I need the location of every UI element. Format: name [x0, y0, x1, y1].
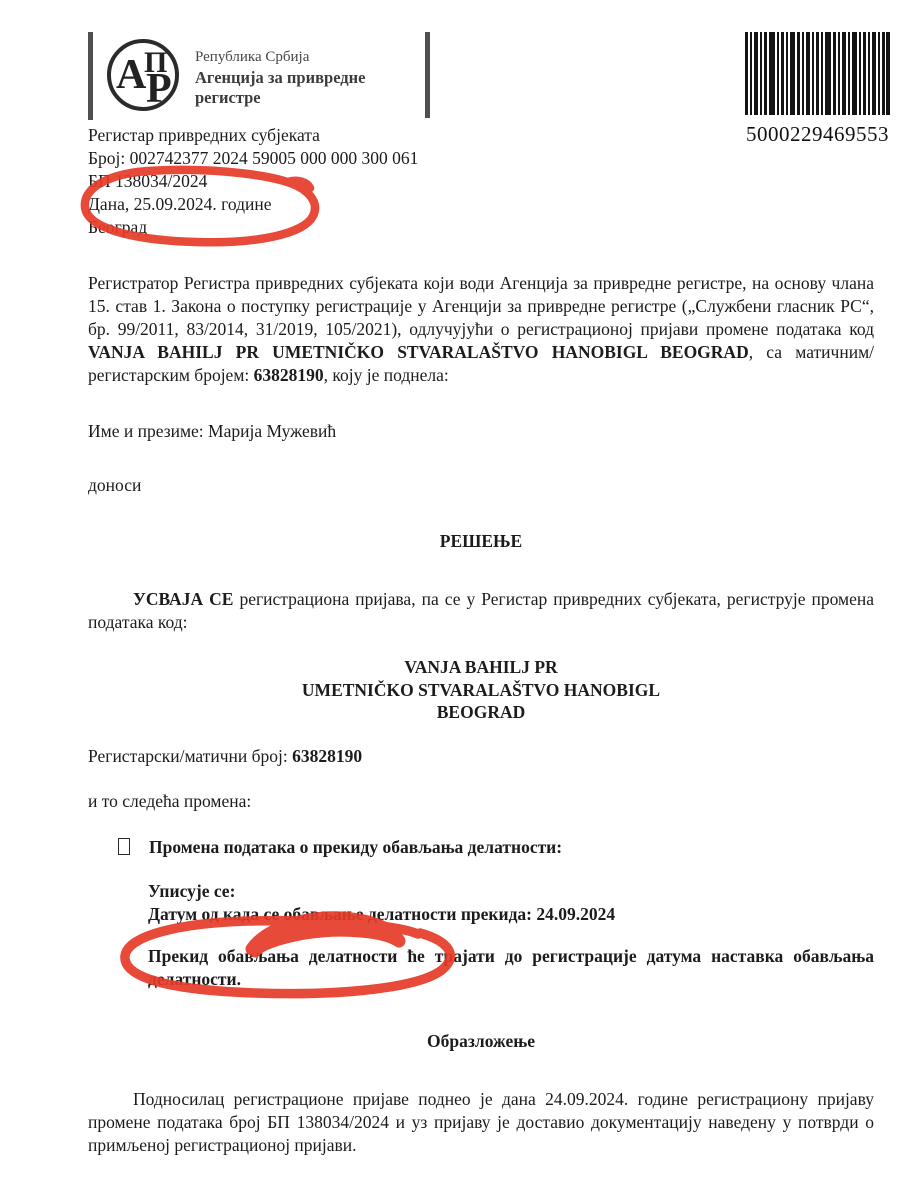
- document-date: Дана, 25.09.2024. године: [88, 193, 874, 216]
- explanation-title: Образложење: [88, 1030, 874, 1053]
- agency-country: Република Србија: [195, 49, 430, 66]
- change-intro-line: и то следећа промена:: [88, 790, 874, 813]
- change-item-text: Промена података о прекиду обављања дела…: [149, 837, 562, 857]
- company-name-block: VANJA BAHILJ PR UMETNIČKO STVARALAŠTVO H…: [88, 656, 874, 724]
- document-city: Београд: [88, 216, 874, 239]
- intro-text-3: , коју је поднела:: [324, 365, 449, 385]
- apr-logo-icon: А П Р: [107, 39, 179, 111]
- explanation-paragraph: Подносилац регистрационе пријаве поднео …: [88, 1088, 874, 1157]
- applicant-name-line: Име и презиме: Марија Мужевић: [88, 420, 874, 443]
- intro-text-1: Регистратор Регистра привредних субјекат…: [88, 273, 874, 339]
- registry-header: Регистар привредних субјеката Број: 0027…: [88, 124, 874, 239]
- company-line-1: VANJA BAHILJ PR: [88, 656, 874, 679]
- agency-title: Агенција за привредне регистре: [195, 68, 430, 108]
- registration-number-line: Регистарски/матични број: 63828190: [88, 745, 874, 768]
- barcode-image: [745, 32, 890, 115]
- logo-letter-a: А: [116, 54, 146, 96]
- case-number: Број: 002742377 2024 59005 000 000 300 0…: [88, 147, 874, 170]
- agency-logo-block: А П Р Република Србија Агенција за привр…: [88, 32, 430, 122]
- company-line-3: BEOGRAD: [88, 701, 874, 724]
- usvaja-se-bold: УСВАЈА СЕ: [133, 589, 233, 609]
- registry-name: Регистар привредних субјеката: [88, 124, 874, 147]
- header-left-bar: [88, 32, 93, 120]
- document-page: А П Р Република Србија Агенција за привр…: [0, 0, 902, 1200]
- registration-number-inline: 63828190: [254, 365, 324, 385]
- company-line-2: UMETNIČKO STVARALAŠTVO HANOBIGL: [88, 679, 874, 702]
- decision-title: РЕШЕЊЕ: [88, 530, 874, 553]
- entry-block: Уписује се: Датум од када се обављање де…: [88, 880, 874, 926]
- intro-paragraph: Регистратор Регистра привредних субјекат…: [88, 272, 874, 387]
- duration-paragraph: Прекид обављања делатности ће трајати до…: [88, 945, 874, 991]
- entry-date-line: Датум од када се обављање делатности пре…: [148, 903, 874, 926]
- agency-name: Република Србија Агенција за привредне р…: [195, 49, 430, 108]
- registration-number-label: Регистарски/матични број:: [88, 746, 292, 766]
- change-item-line: Промена података о прекиду обављања дела…: [88, 836, 874, 859]
- company-name-inline: VANJA BAHILJ PR UMETNIČKO STVARALAŠTVO H…: [88, 342, 749, 362]
- donosi-line: доноси: [88, 474, 874, 497]
- missing-glyph-box-icon: [118, 838, 130, 855]
- decision-paragraph: УСВАЈА СЕ регистрациона пријава, па се у…: [88, 588, 874, 634]
- entry-label: Уписује се:: [148, 880, 874, 903]
- registration-number-value: 63828190: [292, 746, 362, 766]
- logo-letter-r: Р: [146, 68, 172, 110]
- bp-number: БП 138034/2024: [88, 170, 874, 193]
